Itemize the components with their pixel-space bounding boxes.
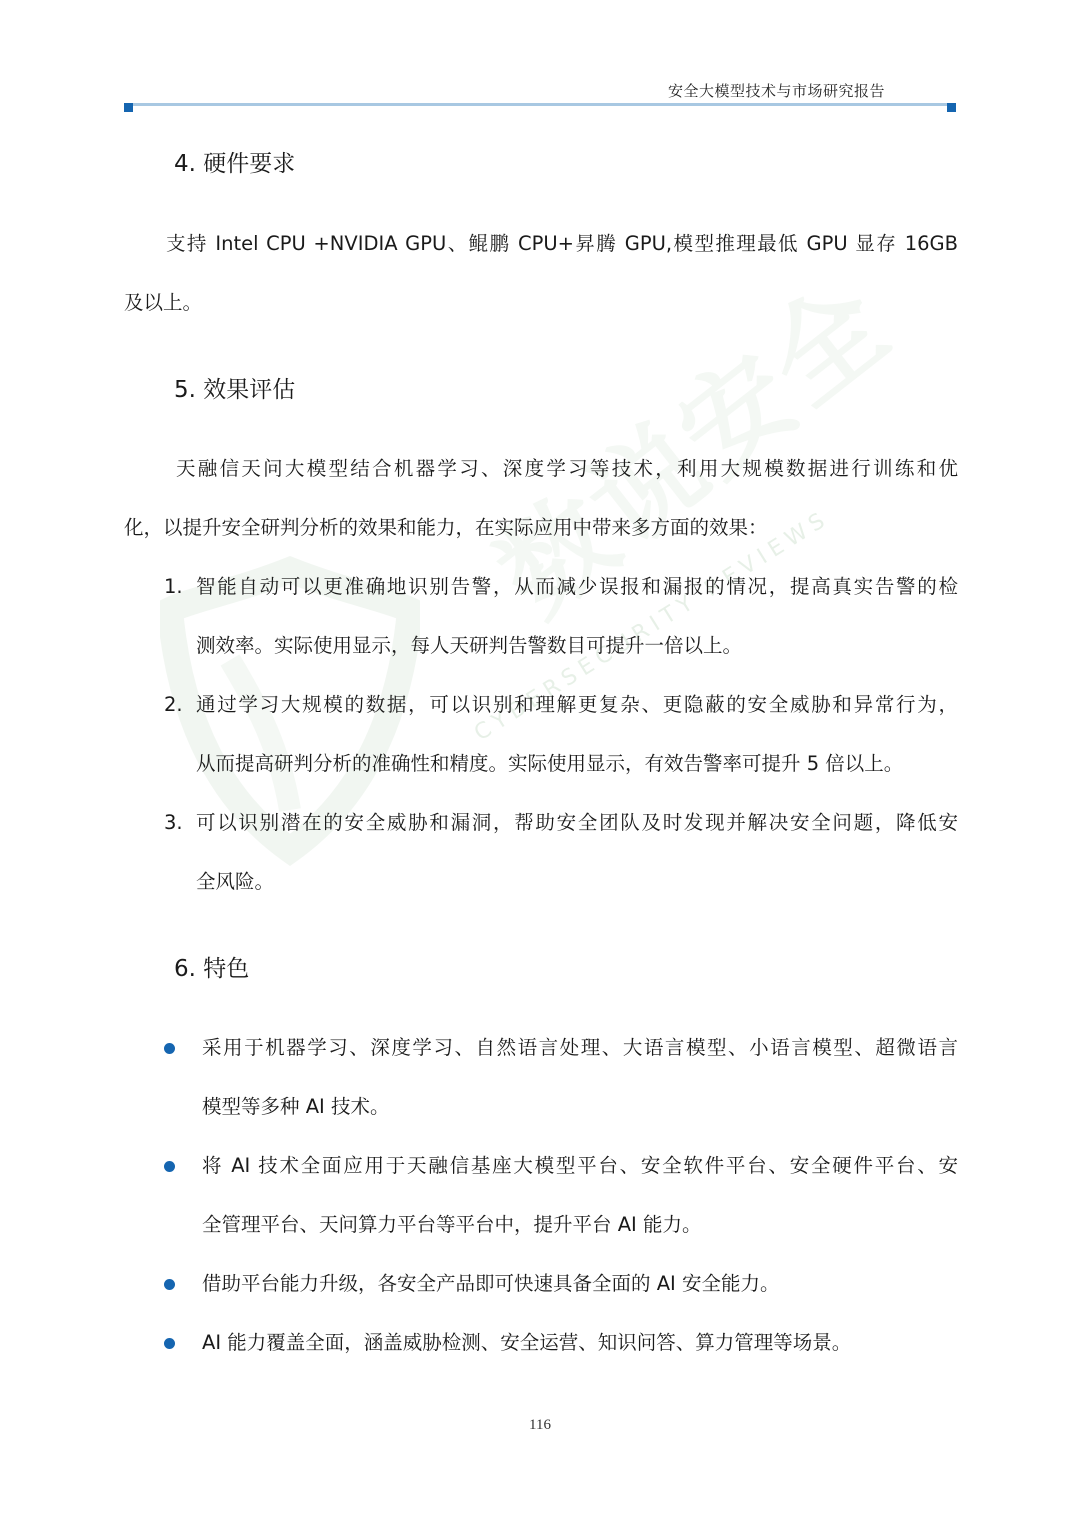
list-item-line: AI 能力覆盖全面，涵盖威胁检测、安全运营、知识问答、算力管理等场景。 xyxy=(202,1329,851,1357)
running-header-title: 安全大模型技术与市场研究报告 xyxy=(668,80,885,101)
section-heading-features: 6. 特色 xyxy=(174,950,249,983)
list-item-line: 可以识别潜在的安全威胁和漏洞，帮助安全团队及时发现并解决安全问题，降低安 xyxy=(196,809,958,837)
section-heading-evaluation: 5. 效果评估 xyxy=(174,371,295,404)
list-number: 3. xyxy=(164,809,183,837)
list-number: 1. xyxy=(164,573,183,601)
list-item-line: 从而提高研判分析的准确性和精度。实际使用显示，有效告警率可提升 5 倍以上。 xyxy=(196,750,903,778)
header-divider-right-cap xyxy=(947,103,956,112)
bullet-dot-icon xyxy=(164,1279,175,1290)
list-item-line: 采用于机器学习、深度学习、自然语言处理、大语言模型、小语言模型、超微语言 xyxy=(202,1034,958,1062)
section-heading-hardware: 4. 硬件要求 xyxy=(174,145,295,178)
bullet-dot-icon xyxy=(164,1338,175,1349)
paragraph-line: 及以上。 xyxy=(124,289,202,317)
bullet-dot-icon xyxy=(164,1161,175,1172)
list-item-line: 智能自动可以更准确地识别告警，从而减少误报和漏报的情况，提高真实告警的检 xyxy=(196,573,958,601)
paragraph-line: 天融信天问大模型结合机器学习、深度学习等技术，利用大规模数据进行训练和优 xyxy=(176,455,958,483)
list-number: 2. xyxy=(164,691,183,719)
list-item-line: 全风险。 xyxy=(196,868,274,896)
list-item-line: 全管理平台、天问算力平台等平台中，提升平台 AI 能力。 xyxy=(202,1211,702,1239)
watermark: 数说安全 CYBERSECURITY REVIEWS xyxy=(160,430,920,930)
paragraph-line: 化，以提升安全研判分析的效果和能力，在实际应用中带来多方面的效果： xyxy=(124,514,768,542)
list-item-line: 将 AI 技术全面应用于天融信基座大模型平台、安全软件平台、安全硬件平台、安 xyxy=(202,1152,958,1180)
bullet-dot-icon xyxy=(164,1043,175,1054)
list-item-line: 测效率。实际使用显示，每人天研判告警数目可提升一倍以上。 xyxy=(196,632,742,660)
paragraph-line: 支持 Intel CPU +NVIDIA GPU、鲲鹏 CPU+昇腾 GPU,模… xyxy=(166,230,958,258)
page-number: 116 xyxy=(0,1417,1080,1434)
list-item-line: 模型等多种 AI 技术。 xyxy=(202,1093,390,1121)
list-item-line: 借助平台能力升级，各安全产品即可快速具备全面的 AI 安全能力。 xyxy=(202,1270,780,1298)
header-divider xyxy=(124,103,956,106)
list-item-line: 通过学习大规模的数据，可以识别和理解更复杂、更隐蔽的安全威胁和异常行为， xyxy=(196,691,958,719)
header-divider-left-cap xyxy=(124,103,133,112)
